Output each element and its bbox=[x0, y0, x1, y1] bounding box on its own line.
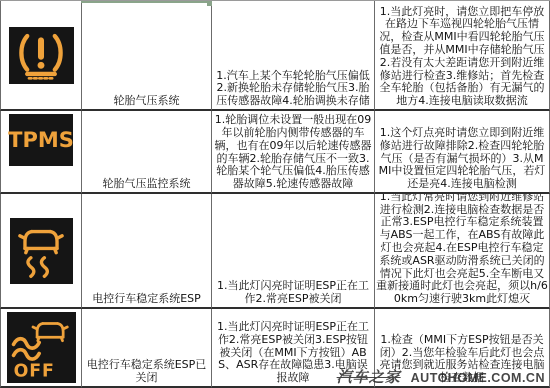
warning-light-table: 轮胎气压系统 1.汽车上某个车轮轮胎气压偏低2.新换轮胎未存储轮胎气压3.胎压传… bbox=[0, 1, 550, 388]
warning-light-table-screenshot: 轮胎气压系统 1.汽车上某个车轮轮胎气压偏低2.新换轮胎未存储轮胎气压3.胎压传… bbox=[0, 0, 550, 388]
row-4-icon-cell[interactable]: OFF bbox=[0, 309, 82, 388]
row-3-solution-cell[interactable]: 1.当此灯常亮时请您到附近维修站进行检测2.连接电脑检查数据是否正常3.ESP电… bbox=[375, 194, 550, 309]
row-4-cause-cell[interactable]: 1.当此灯闪亮时证明ESP正在工作2.常亮ESP被关闭3.ESP按钮被关闭（在M… bbox=[212, 309, 375, 388]
row-4-solution-cell[interactable]: 1.检查（MMI下方ESP按钮是否关闭）2.当您年检验车后此灯也会点亮请您到就近… bbox=[375, 309, 550, 388]
esp-stability-icon bbox=[10, 218, 73, 284]
cell-selection-border bbox=[81, 1, 212, 3]
system-label: 电控行车稳定系统ESP bbox=[84, 292, 209, 305]
solution-text: 1.当此灯亮时，请您立即把车停放在路边下车巡视四轮轮胎气压情况，检查从MMI中看… bbox=[376, 6, 548, 108]
row-3-label-cell[interactable]: 电控行车稳定系统ESP bbox=[82, 194, 212, 309]
row-4-label-cell[interactable]: 电控行车稳定系统ESP已关闭 bbox=[82, 309, 212, 388]
cause-text: 1.汽车上某个车轮轮胎气压偏低2.新换轮胎未存储轮胎气压3.胎压传感器故障4.轮… bbox=[213, 70, 373, 108]
row-2-solution-cell[interactable]: 1.这个灯点亮时请您立即到附近维修站进行故障排除2.检查四轮轮胎气压（是否有漏气… bbox=[375, 111, 550, 194]
solution-text: 1.这个灯点亮时请您立即到附近维修站进行故障排除2.检查四轮轮胎气压（是否有漏气… bbox=[376, 127, 548, 191]
row-3-icon-cell[interactable] bbox=[0, 194, 82, 309]
tpms-icon-text: TPMS bbox=[8, 128, 74, 152]
solution-text: 1.当此灯常亮时请您到附近维修站进行检测2.连接电脑检查数据是否正常3.ESP电… bbox=[376, 194, 548, 306]
esp-off-icon-text: OFF bbox=[14, 361, 55, 381]
row-1-cause-cell[interactable]: 1.汽车上某个车轮轮胎气压偏低2.新换轮胎未存储轮胎气压3.胎压传感器故障4.轮… bbox=[212, 1, 375, 111]
cell-selection-handle[interactable] bbox=[207, 1, 212, 6]
row-1-label-cell[interactable]: 轮胎气压系统 bbox=[82, 1, 212, 111]
solution-text: 1.检查（MMI下方ESP按钮是否关闭）2.当您年检验车后此灯也会点亮请您到就近… bbox=[376, 334, 548, 385]
row-1-icon-cell[interactable] bbox=[0, 1, 82, 111]
system-label: 轮胎气压系统 bbox=[84, 94, 209, 107]
tire-pressure-warning-icon bbox=[9, 27, 74, 84]
row-3-cause-cell[interactable]: 1.当此灯闪亮时证明ESP正在工作2.常亮ESP被关闭 bbox=[212, 194, 375, 309]
esp-off-icon: OFF bbox=[7, 312, 76, 383]
cause-text: 1.当此灯闪亮时证明ESP正在工作2.常亮ESP被关闭 bbox=[213, 280, 373, 306]
cause-text: 1.当此灯闪亮时证明ESP正在工作2.常亮ESP被关闭3.ESP按钮被关闭（在M… bbox=[213, 321, 373, 385]
cause-text: 1.轮胎调位未设置一般出现在09年以前轮胎内侧带传感器的车辆，也有在09年以后轮… bbox=[213, 114, 373, 191]
system-label: 电控行车稳定系统ESP已关闭 bbox=[84, 358, 209, 384]
row-2-label-cell[interactable]: 轮胎气压监控系统 bbox=[82, 111, 212, 194]
row-2-cause-cell[interactable]: 1.轮胎调位未设置一般出现在09年以前轮胎内侧带传感器的车辆，也有在09年以后轮… bbox=[212, 111, 375, 194]
tpms-indicator-icon: TPMS bbox=[9, 114, 73, 166]
system-label: 轮胎气压监控系统 bbox=[84, 177, 209, 190]
row-2-icon-cell[interactable]: TPMS bbox=[0, 111, 82, 194]
row-1-solution-cell[interactable]: 1.当此灯亮时，请您立即把车停放在路边下车巡视四轮轮胎气压情况，检查从MMI中看… bbox=[375, 1, 550, 111]
